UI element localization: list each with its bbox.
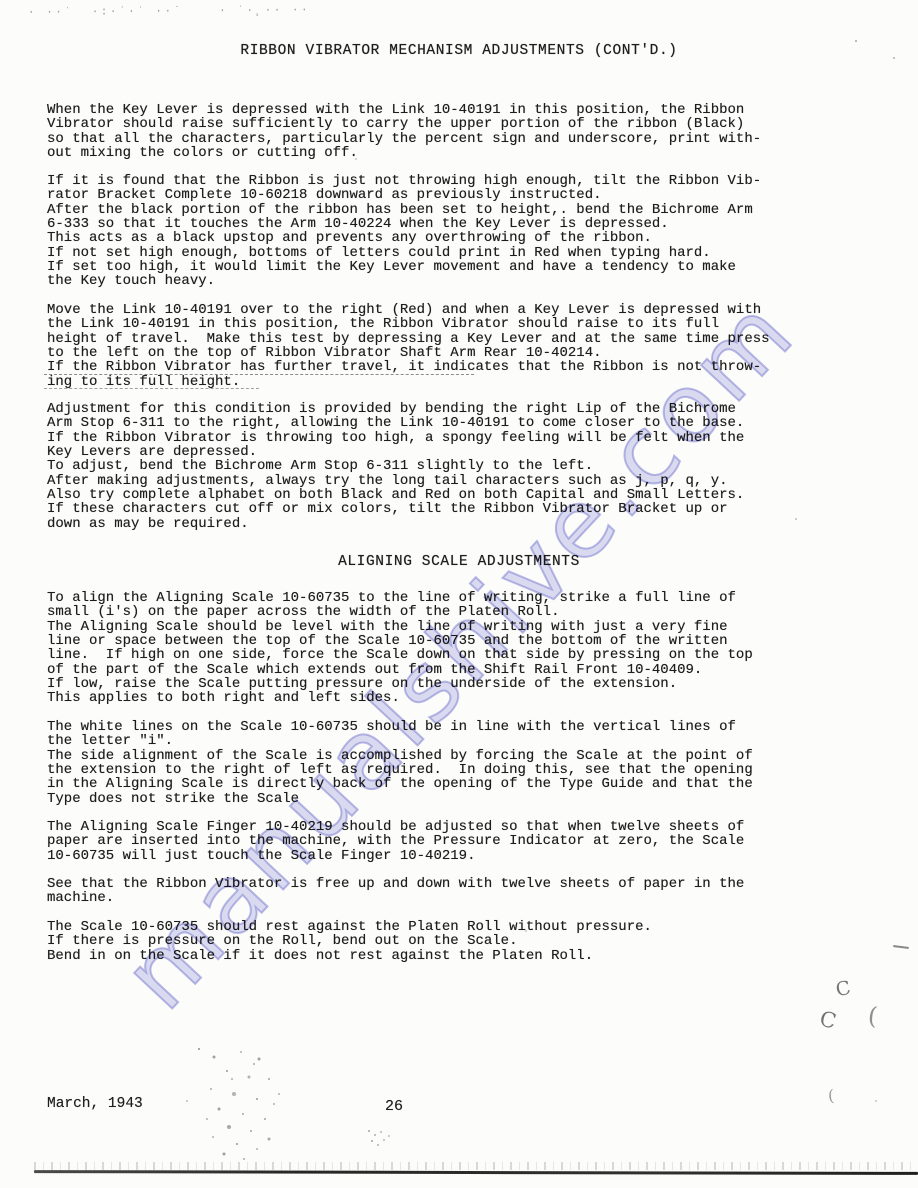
paragraph-1: When the Key Lever is depressed with the… (47, 103, 761, 160)
margin-dash-mark (893, 945, 909, 949)
scan-smudge-marks: · ··ˈ ·:·˙·ˈ ··˙ · ˈ·¸·· ·· (28, 5, 310, 19)
paragraph-4: Adjustment for this condition is provide… (47, 402, 744, 531)
section-title-aligning-scale: ALIGNING SCALE ADJUSTMENTS (0, 554, 918, 570)
margin-squiggle-mark: C (834, 977, 853, 1002)
page-title: RIBBON VIBRATOR MECHANISM ADJUSTMENTS (C… (0, 43, 918, 59)
margin-squiggle-mark: ( (827, 1086, 835, 1105)
paragraph-6: The white lines on the Scale 10-60735 sh… (47, 720, 753, 806)
scanned-manual-page: · ··ˈ ·:·˙·ˈ ··˙ · ˈ·¸·· ·· RIBBON VIBRA… (0, 0, 918, 1188)
margin-squiggle-mark: C (817, 1006, 838, 1033)
scan-noise-dots (855, 40, 857, 42)
paragraph-9: The Scale 10-60735 should rest against t… (47, 920, 652, 963)
dashed-underline-artifact (44, 382, 259, 389)
ink-smudge-blob (198, 1048, 200, 1050)
scan-edge-noise (34, 1162, 918, 1170)
scan-edge-line (34, 1170, 918, 1175)
margin-squiggle-mark: ( (867, 1002, 879, 1031)
ink-smudge-small (368, 1130, 370, 1132)
page-number: 26 (385, 1098, 403, 1115)
dashed-underline-artifact (44, 368, 474, 375)
paragraph-8: See that the Ribbon Vibrator is free up … (47, 877, 744, 906)
paragraph-5: To align the Aligning Scale 10-60735 to … (47, 591, 753, 706)
footer-date: March, 1943 (47, 1096, 143, 1112)
paragraph-3: Move the Link 10-40191 over to the right… (47, 303, 770, 389)
paragraph-7: The Aligning Scale Finger 10-40219 shoul… (47, 820, 744, 863)
paragraph-2: If it is found that the Ribbon is just n… (47, 174, 761, 289)
